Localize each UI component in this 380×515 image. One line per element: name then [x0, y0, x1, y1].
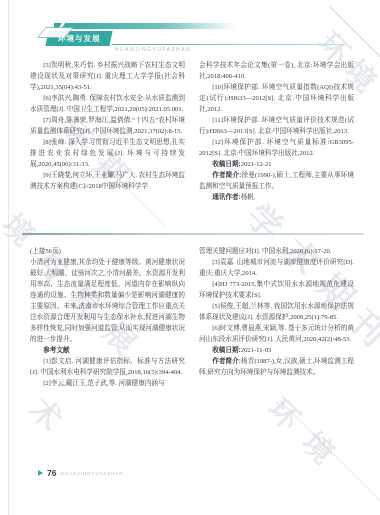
- reference-item: [10]环境保护部. 环境空气质量指数(AQI)技术规定(试行):HJ633—2…: [199, 82, 354, 115]
- journal-title-tag: 环境与发展: [45, 31, 112, 46]
- reference-item: [12]环境保护部. 环境空气质量标准:GB3095-2012[S]. 北京:中…: [199, 137, 354, 159]
- journal-pinyin: HUANJINGYUFAZHAN: [115, 47, 191, 53]
- reference-item: [4]HJ 773-2015,集中式饮用水水源地规范化建设环境保护技术要求[S]…: [199, 279, 354, 301]
- references-heading: 参考文献: [30, 345, 185, 356]
- reference-item: [8]张峰. 深入学习贯彻习近平生态文明思想,扎实推进农业农村绿色发展[J]. …: [30, 137, 185, 170]
- journal-title: 环境与发展: [58, 33, 101, 44]
- author-bio-label: 作者简介:: [212, 358, 241, 365]
- reference-item: [6]时文博,曹晨燕,宋颖,等. 基于多元统计分析的黄河山东段水质评价研究[J]…: [199, 323, 354, 345]
- top-right-column: 会科学技术年会论文集(第一卷), 北京:环境学会出版社,2018:406-410…: [199, 60, 354, 230]
- received-date-value: 2021-11-03: [241, 347, 272, 354]
- corresponding-author-label: 通讯作者:: [212, 194, 241, 201]
- footer-journal-pinyin: HUANJINGYUFAZHAN: [60, 471, 123, 476]
- top-left-column: [5]贺明秋,朱巧怡. 乡村振兴战略下农村生态文明建设现状及对策研究[J]. 重…: [30, 60, 185, 230]
- received-date-row: 收稿日期:2021-12-21: [199, 159, 354, 170]
- reference-continuation: 管理关键问题应对[J]. 中国水利,2020,(6):17-20.: [199, 246, 354, 257]
- page-number: 76: [47, 468, 56, 478]
- author-bio-row: 作者简介:徐曼(1990-),硕士,工程师,主要从事环境监测和空气质量预报工作。: [199, 170, 354, 192]
- reference-item: [3]袁嘉. 山地城市河流与湖库健康度评价研究[D]. 重庆:重庆大学,2014…: [199, 257, 354, 279]
- reference-item: [6]李洪兴,陶勇. 保障农村饮水安全:从水质监测到水质管理[J]. 中国卫生工…: [30, 93, 185, 115]
- continued-from-note: (上接56页): [30, 246, 185, 257]
- reference-item: [1]彭文启. 河湖健康评估指标、标准与方法研究[J]. 中国水利水电科学研究院…: [30, 356, 185, 378]
- article-divider-rule: [22, 233, 364, 235]
- reference-item: [11]环境保护部. 环境空气质量评价技术规范(试行):HJ663—2013[S…: [199, 115, 354, 137]
- reference-item: [7]周舟,陈善荣,罗海江,温倩倩.“十四五”农村环境质量监测体系研究[J]. …: [30, 115, 185, 137]
- corresponding-author-row: 通讯作者:杨帆.: [199, 192, 354, 203]
- received-date-row: 收稿日期:2021-11-03: [199, 345, 354, 356]
- reference-continuation: 会科学技术年会论文集(第一卷), 北京:环境学会出版社,2018:406-410…: [199, 60, 354, 82]
- received-date-label: 收稿日期:: [212, 347, 241, 354]
- received-date-label: 收稿日期:: [212, 161, 241, 168]
- author-bio-label: 作者简介:: [212, 172, 241, 179]
- continued-article-section: (上接56页) 小清河为亚健康,其余均处于健康等级。黄河健康状况最好,大明湖、徒…: [30, 246, 354, 458]
- header-teal-band: [54, 23, 236, 29]
- reference-item: [5]贺明秋,朱巧怡. 乡村振兴战略下农村生态文明建设现状及对策研究[J]. 重…: [30, 60, 185, 93]
- top-references-section: [5]贺明秋,朱巧怡. 乡村振兴战略下农村生态文明建设现状及对策研究[J]. 重…: [30, 60, 354, 230]
- bottom-right-column: 管理关键问题应对[J]. 中国水利,2020,(6):17-20. [3]袁嘉.…: [199, 246, 354, 458]
- received-date-value: 2021-12-21: [241, 161, 272, 168]
- reference-item: [5]侯俊,王超,兰林等. 我国饮用水水源地保护法规体系现状及建议[J]. 水资…: [199, 301, 354, 323]
- journal-page: 环境学术期刊境与发展环期环境术 环境与发展 HUANJINGYUFAZHAN […: [0, 0, 380, 515]
- reference-item: [9]王晓斐,何立环,王业耀,马广大. 农村生态环境监测技术方案构建[C]//2…: [30, 170, 185, 192]
- header-rule: [112, 44, 344, 45]
- article-body-text: 小清河为亚健康,其余均处于健康等级。黄河健康状况最好,大明湖、徒骇河次之,小清河…: [30, 257, 185, 345]
- page-footer: 76 HUANJINGYUFAZHAN: [38, 468, 123, 478]
- reference-item: [2]李云,戴江玉,范子武,等. 河湖健康内涵与: [30, 378, 185, 389]
- bottom-left-column: (上接56页) 小清河为亚健康,其余均处于健康等级。黄河健康状况最好,大明湖、徒…: [30, 246, 185, 458]
- corresponding-author-value: 杨帆.: [241, 194, 256, 201]
- scan-edge-line: [8, 0, 9, 515]
- author-bio-row: 作者简介:杨青(1987-),女,汉族,硕士,环境监测工程师,研究方向为环境保护…: [199, 356, 354, 378]
- page-number-arrow-icon: [38, 470, 43, 476]
